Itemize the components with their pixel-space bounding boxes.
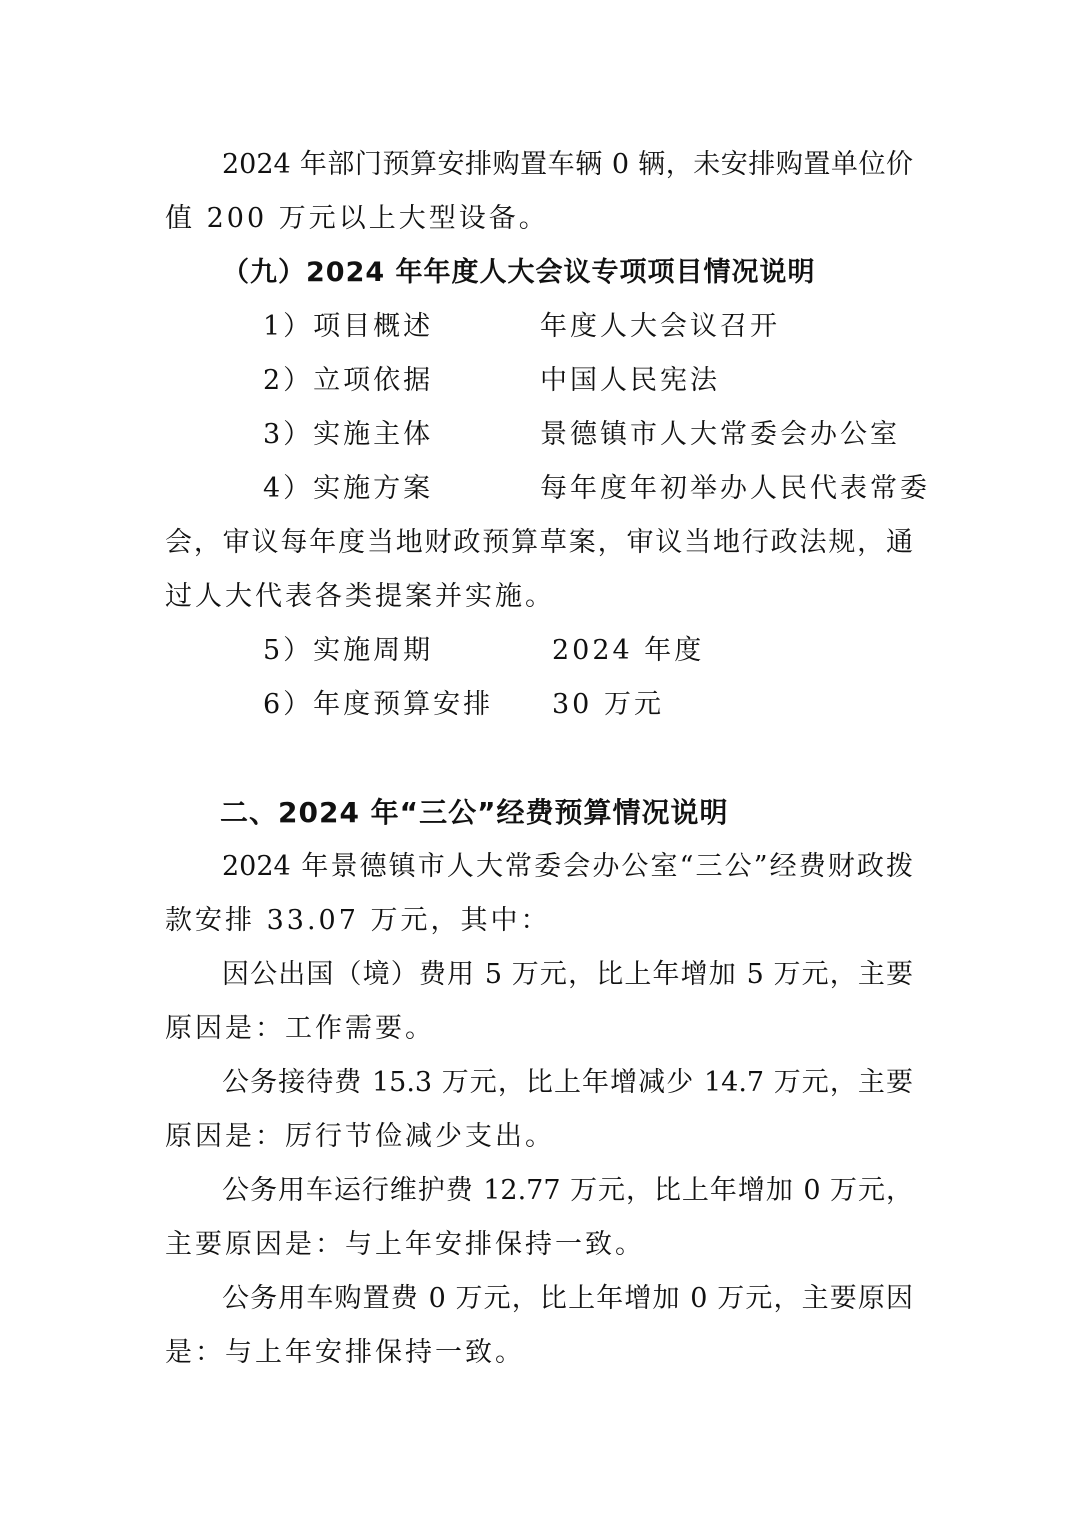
- section-nine-heading: （九）2024 年年度人大会议专项项目情况说明: [222, 253, 816, 293]
- item-value: 景德镇市人大常委会办公室: [540, 415, 900, 455]
- paragraph-vehicle-purchase-line-1: 公务用车购置费 0 万元，比上年增加 0 万元，主要原因: [222, 1279, 913, 1319]
- item-value: 每年度年初举办人民代表常委: [540, 469, 930, 509]
- paragraph-vehicle-purchase-line-2: 是：与上年安排保持一致。: [165, 1333, 525, 1373]
- item-value: 30 万元: [552, 685, 664, 725]
- summary-line-1: 2024 年景德镇市人大常委会办公室“三公”经费财政拨: [222, 847, 913, 887]
- item-row-6: 6）年度预算安排 30 万元: [165, 685, 913, 725]
- paragraph-reception-line-1: 公务接待费 15.3 万元，比上年增减少 14.7 万元，主要: [222, 1063, 913, 1103]
- plan-continued-line-1: 会，审议每年度当地财政预算草案，审议当地行政法规，通: [165, 523, 913, 563]
- paragraph-overseas-line-1: 因公出国（境）费用 5 万元，比上年增加 5 万元，主要: [222, 955, 913, 995]
- paragraph-vehicle-maintenance-line-2: 主要原因是：与上年安排保持一致。: [165, 1225, 645, 1265]
- item-row-5: 5）实施周期 2024 年度: [165, 631, 913, 671]
- item-row-1: 1）项目概述 年度人大会议召开: [165, 307, 913, 347]
- paragraph-reception-line-2: 原因是：厉行节俭减少支出。: [165, 1117, 555, 1157]
- paragraph-overseas-line-2: 原因是：工作需要。: [165, 1009, 435, 1049]
- item-label: 4）实施方案: [263, 469, 433, 509]
- plan-continued-line-2: 过人大代表各类提案并实施。: [165, 577, 555, 617]
- item-row-3: 3）实施主体 景德镇市人大常委会办公室: [165, 415, 913, 455]
- item-label: 2）立项依据: [263, 361, 433, 401]
- paragraph-vehicle-maintenance-line-1: 公务用车运行维护费 12.77 万元，比上年增加 0 万元，: [222, 1171, 913, 1211]
- intro-line-1: 2024 年部门预算安排购置车辆 0 辆，未安排购置单位价: [222, 145, 913, 185]
- section-two-heading: 二、2024 年“三公”经费预算情况说明: [220, 793, 728, 833]
- item-label: 3）实施主体: [263, 415, 433, 455]
- summary-line-2: 款安排 33.07 万元，其中：: [165, 901, 550, 941]
- item-row-2: 2）立项依据 中国人民宪法: [165, 361, 913, 401]
- item-row-4: 4）实施方案 每年度年初举办人民代表常委: [165, 469, 913, 509]
- intro-line-2: 值 200 万元以上大型设备。: [165, 199, 549, 239]
- item-value: 年度人大会议召开: [540, 307, 780, 347]
- item-value: 2024 年度: [552, 631, 704, 671]
- item-value: 中国人民宪法: [540, 361, 720, 401]
- item-label: 1）项目概述: [263, 307, 433, 347]
- item-label: 5）实施周期: [263, 631, 433, 671]
- item-label: 6）年度预算安排: [263, 685, 493, 725]
